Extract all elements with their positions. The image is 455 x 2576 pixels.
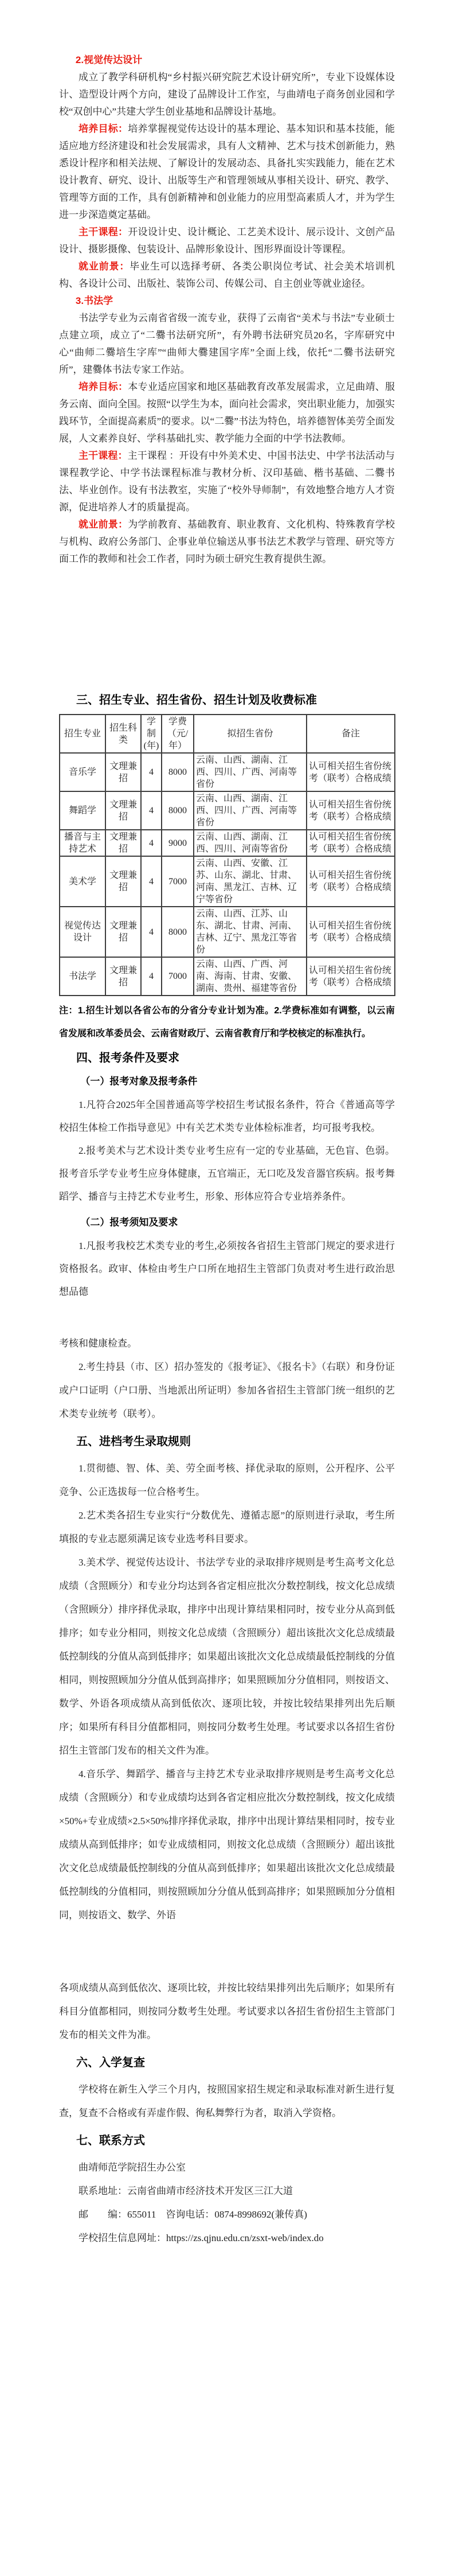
cell-tuition: 9000 [162, 830, 194, 856]
visual-design-career: 就业前景：毕业生可以选择考研、各类公职岗位考试、社会美术培训机构、各设计公司、出… [59, 258, 395, 292]
header-category: 招生科类 [105, 715, 141, 753]
header-major: 招生专业 [60, 715, 105, 753]
requirements-sub1-item1: 1.凡符合2025年全国普通高等学校招生考试报名条件，符合《普通高等学校招生体检… [59, 1094, 395, 1139]
cell-remark: 认可相关招生省份统考（联考）合格成绩 [307, 830, 395, 856]
table-row: 播音与主持艺术 文理兼招 4 9000 云南、山西、湖南、江西、四川、河南等省份… [60, 830, 395, 856]
table-row: 舞蹈学 文理兼招 4 8000 云南、山西、湖南、江西、四川、广西、河南等省份 … [60, 791, 395, 830]
cell-remark: 认可相关招生省份统考（联考）合格成绩 [307, 753, 395, 791]
requirements-sub1-heading: （一）报考对象及报考条件 [59, 1072, 395, 1091]
visual-design-intro: 成立了教学科研机构“乡村振兴研究院艺术设计研究所”，专业下设媒体设计、造型设计两… [59, 69, 395, 120]
cell-category: 文理兼招 [105, 957, 141, 996]
review-text: 学校将在新生入学三个月内，按照国家招生规定和录取标准对新生进行复查，复查不合格或… [59, 2078, 395, 2125]
visual-design-goal: 培养目标：培养掌握视觉传达设计的基本理论、基本知识和基本技能，能适应地方经济建设… [59, 120, 395, 224]
contact-heading: 七、联系方式 [59, 2132, 395, 2150]
cell-tuition: 7000 [162, 856, 194, 907]
table-row: 美术学 文理兼招 4 7000 云南、山西、安徽、江苏、山东、湖北、甘肃、河南、… [60, 856, 395, 907]
section-major-intros: 2.视觉传达设计 成立了教学科研机构“乡村振兴研究院艺术设计研究所”，专业下设媒… [59, 52, 395, 568]
visual-design-heading: 2.视觉传达设计 [59, 52, 395, 69]
admission-rule-1: 1.贯彻德、智、体、美、劳全面考核、择优录取的原则，公开程序、公平竞争、公正选拔… [59, 1457, 395, 1504]
table-row: 音乐学 文理兼招 4 8000 云南、山西、湖南、江西、四川、广西、河南等省份 … [60, 753, 395, 791]
cell-provinces: 云南、山西、湖南、江西、四川、广西、河南等省份 [194, 753, 307, 791]
cell-major: 播音与主持艺术 [60, 830, 105, 856]
cell-years: 4 [141, 957, 162, 996]
document-page: 2.视觉传达设计 成立了教学科研机构“乡村振兴研究院艺术设计研究所”，专业下设媒… [0, 0, 455, 2576]
visual-design-courses: 主干课程：开设设计史、设计概论、工艺美术设计、展示设计、文创产品设计、摄影摄像、… [59, 224, 395, 258]
calligraphy-heading: 3.书法学 [59, 292, 395, 310]
calligraphy-goal: 培养目标：本专业适应国家和地区基础教育改革发展需求，立足曲靖、服务云南、面向全国… [59, 378, 395, 447]
cell-years: 4 [141, 791, 162, 830]
courses-label: 主干课程： [79, 450, 128, 461]
cell-provinces: 云南、山西、湖南、江西、四川、广西、河南等省份 [194, 791, 307, 830]
cell-remark: 认可相关招生省份统考（联考）合格成绩 [307, 957, 395, 996]
cell-category: 文理兼招 [105, 753, 141, 791]
table-row: 视觉传达设计 文理兼招 4 8000 云南、山西、江苏、山东、湖北、甘肃、河南、… [60, 907, 395, 957]
cell-provinces: 云南、山西、安徽、江苏、山东、湖北、甘肃、河南、黑龙江、吉林、辽宁等省份 [194, 856, 307, 907]
cell-tuition: 7000 [162, 957, 194, 996]
cell-provinces: 云南、山西、湖南、江西、四川、河南等省份 [194, 830, 307, 856]
requirements-sub2-item1-part2: 考核和健康检查。 [59, 1332, 395, 1355]
cell-years: 4 [141, 907, 162, 957]
header-provinces: 拟招生省份 [194, 715, 307, 753]
requirements-heading: 四、报考条件及要求 [59, 1049, 395, 1067]
goal-text: 培养掌握视觉传达设计的基本理论、基本知识和基本技能，能适应地方经济建设和社会发展… [59, 123, 395, 220]
requirements-sub2-item1-part1: 1.凡报考我校艺术类专业的考生,必须按各省招生主管部门规定的要求进行资格报名。政… [59, 1235, 395, 1303]
enrollment-heading: 三、招生专业、招生省份、招生计划及收费标准 [59, 691, 395, 709]
calligraphy-courses: 主干课程：主干课程 ：开设有中外美术史、中国书法史、中学书法活动与课程教学论、中… [59, 447, 395, 516]
table-header-row: 招生专业 招生科类 学制(年) 学费（元/年） 拟招生省份 备注 [60, 715, 395, 753]
admission-table: 招生专业 招生科类 学制(年) 学费（元/年） 拟招生省份 备注 音乐学 文理兼… [59, 714, 395, 996]
cell-category: 文理兼招 [105, 907, 141, 957]
contact-postal-phone: 邮 编：655011 咨询电话：0874-8998692(兼传真) [59, 2203, 395, 2226]
contact-website: 学校招生信息网址：https://zs.qjnu.edu.cn/zsxt-web… [59, 2226, 395, 2250]
review-heading: 六、入学复查 [59, 2054, 395, 2072]
cell-tuition: 8000 [162, 791, 194, 830]
admission-rule-4-part1: 4.音乐学、舞蹈学、播音与主持艺术专业录取排序规则是考生高考文化总成绩（含照顾分… [59, 1762, 395, 1927]
header-tuition: 学费（元/年） [162, 715, 194, 753]
cell-remark: 认可相关招生省份统考（联考）合格成绩 [307, 856, 395, 907]
cell-years: 4 [141, 830, 162, 856]
cell-remark: 认可相关招生省份统考（联考）合格成绩 [307, 791, 395, 830]
cell-category: 文理兼招 [105, 791, 141, 830]
requirements-sub2-heading: （二）报考须知及要求 [59, 1213, 395, 1232]
cell-tuition: 8000 [162, 907, 194, 957]
cell-provinces: 云南、山西、江苏、山东、湖北、甘肃、河南、吉林、辽宁、黑龙江等省份 [194, 907, 307, 957]
cell-provinces: 云南、山西、广西、河南、海南、甘肃、安徽、湖南、贵州、福建等省份 [194, 957, 307, 996]
cell-tuition: 8000 [162, 753, 194, 791]
requirements-sub1-item2: 2.报考美术与艺术设计类专业考生应有一定的专业基础，无色盲、色弱。报考音乐学专业… [59, 1139, 395, 1208]
calligraphy-intro: 书法学专业为云南省省级一流专业，获得了云南省“美术与书法”专业硕士点建立项，成立… [59, 310, 395, 378]
section-review-and-contact: 各项成绩从高到低依次、逐项比较，并按比较结果排列出先后顺序；如果所有科目分值都相… [59, 1976, 395, 2250]
cell-major: 美术学 [60, 856, 105, 907]
requirements-sub2-item2: 2.考生持县（市、区）招办签发的《报考证》、《报名卡》（右联）和身份证或户口证明… [59, 1355, 395, 1426]
cell-major: 舞蹈学 [60, 791, 105, 830]
cell-remark: 认可相关招生省份统考（联考）合格成绩 [307, 907, 395, 957]
table-note: 注：1.招生计划以各省公布的分省分专业计划为准。2.学费标准如有调整，以云南省发… [59, 1000, 395, 1045]
calligraphy-career: 就业前景：为学前教育、基础教育、职业教育、文化机构、特殊教育学校与机构、政府公务… [59, 516, 395, 568]
admission-rule-4-part2: 各项成绩从高到低依次、逐项比较，并按比较结果排列出先后顺序；如果所有科目分值都相… [59, 1976, 395, 2047]
cell-major: 音乐学 [60, 753, 105, 791]
table-row: 书法学 文理兼招 4 7000 云南、山西、广西、河南、海南、甘肃、安徽、湖南、… [60, 957, 395, 996]
cell-major: 视觉传达设计 [60, 907, 105, 957]
contact-address: 联系地址：云南省曲靖市经济技术开发区三江大道 [59, 2179, 395, 2203]
goal-label: 培养目标： [79, 381, 128, 392]
cell-major: 书法学 [60, 957, 105, 996]
career-label: 就业前景： [79, 519, 128, 530]
courses-label: 主干课程： [79, 227, 128, 237]
contact-office: 曲靖师范学院招生办公室 [59, 2156, 395, 2179]
admission-rule-3: 3.美术学、视觉传达设计、书法学专业的录取排序规则是考生高考文化总成绩（含照顾分… [59, 1551, 395, 1762]
cell-years: 4 [141, 856, 162, 907]
header-remark: 备注 [307, 715, 395, 753]
career-label: 就业前景： [79, 261, 130, 272]
cell-category: 文理兼招 [105, 856, 141, 907]
admission-rules-heading: 五、进档考生录取规则 [59, 1433, 395, 1451]
cell-category: 文理兼招 [105, 830, 141, 856]
admission-rule-2: 2.艺术类各招生专业实行“分数优先、遵循志愿”的原则进行录取，考生所填报的专业志… [59, 1504, 395, 1551]
goal-label: 培养目标： [79, 123, 128, 134]
section-admission-rules: 考核和健康检查。 2.考生持县（市、区）招办签发的《报考证》、《报名卡》（右联）… [59, 1332, 395, 1927]
header-years: 学制(年) [141, 715, 162, 753]
section-enrollment-and-requirements: 三、招生专业、招生省份、招生计划及收费标准 招生专业 招生科类 学制(年) 学费… [59, 691, 395, 1303]
cell-years: 4 [141, 753, 162, 791]
